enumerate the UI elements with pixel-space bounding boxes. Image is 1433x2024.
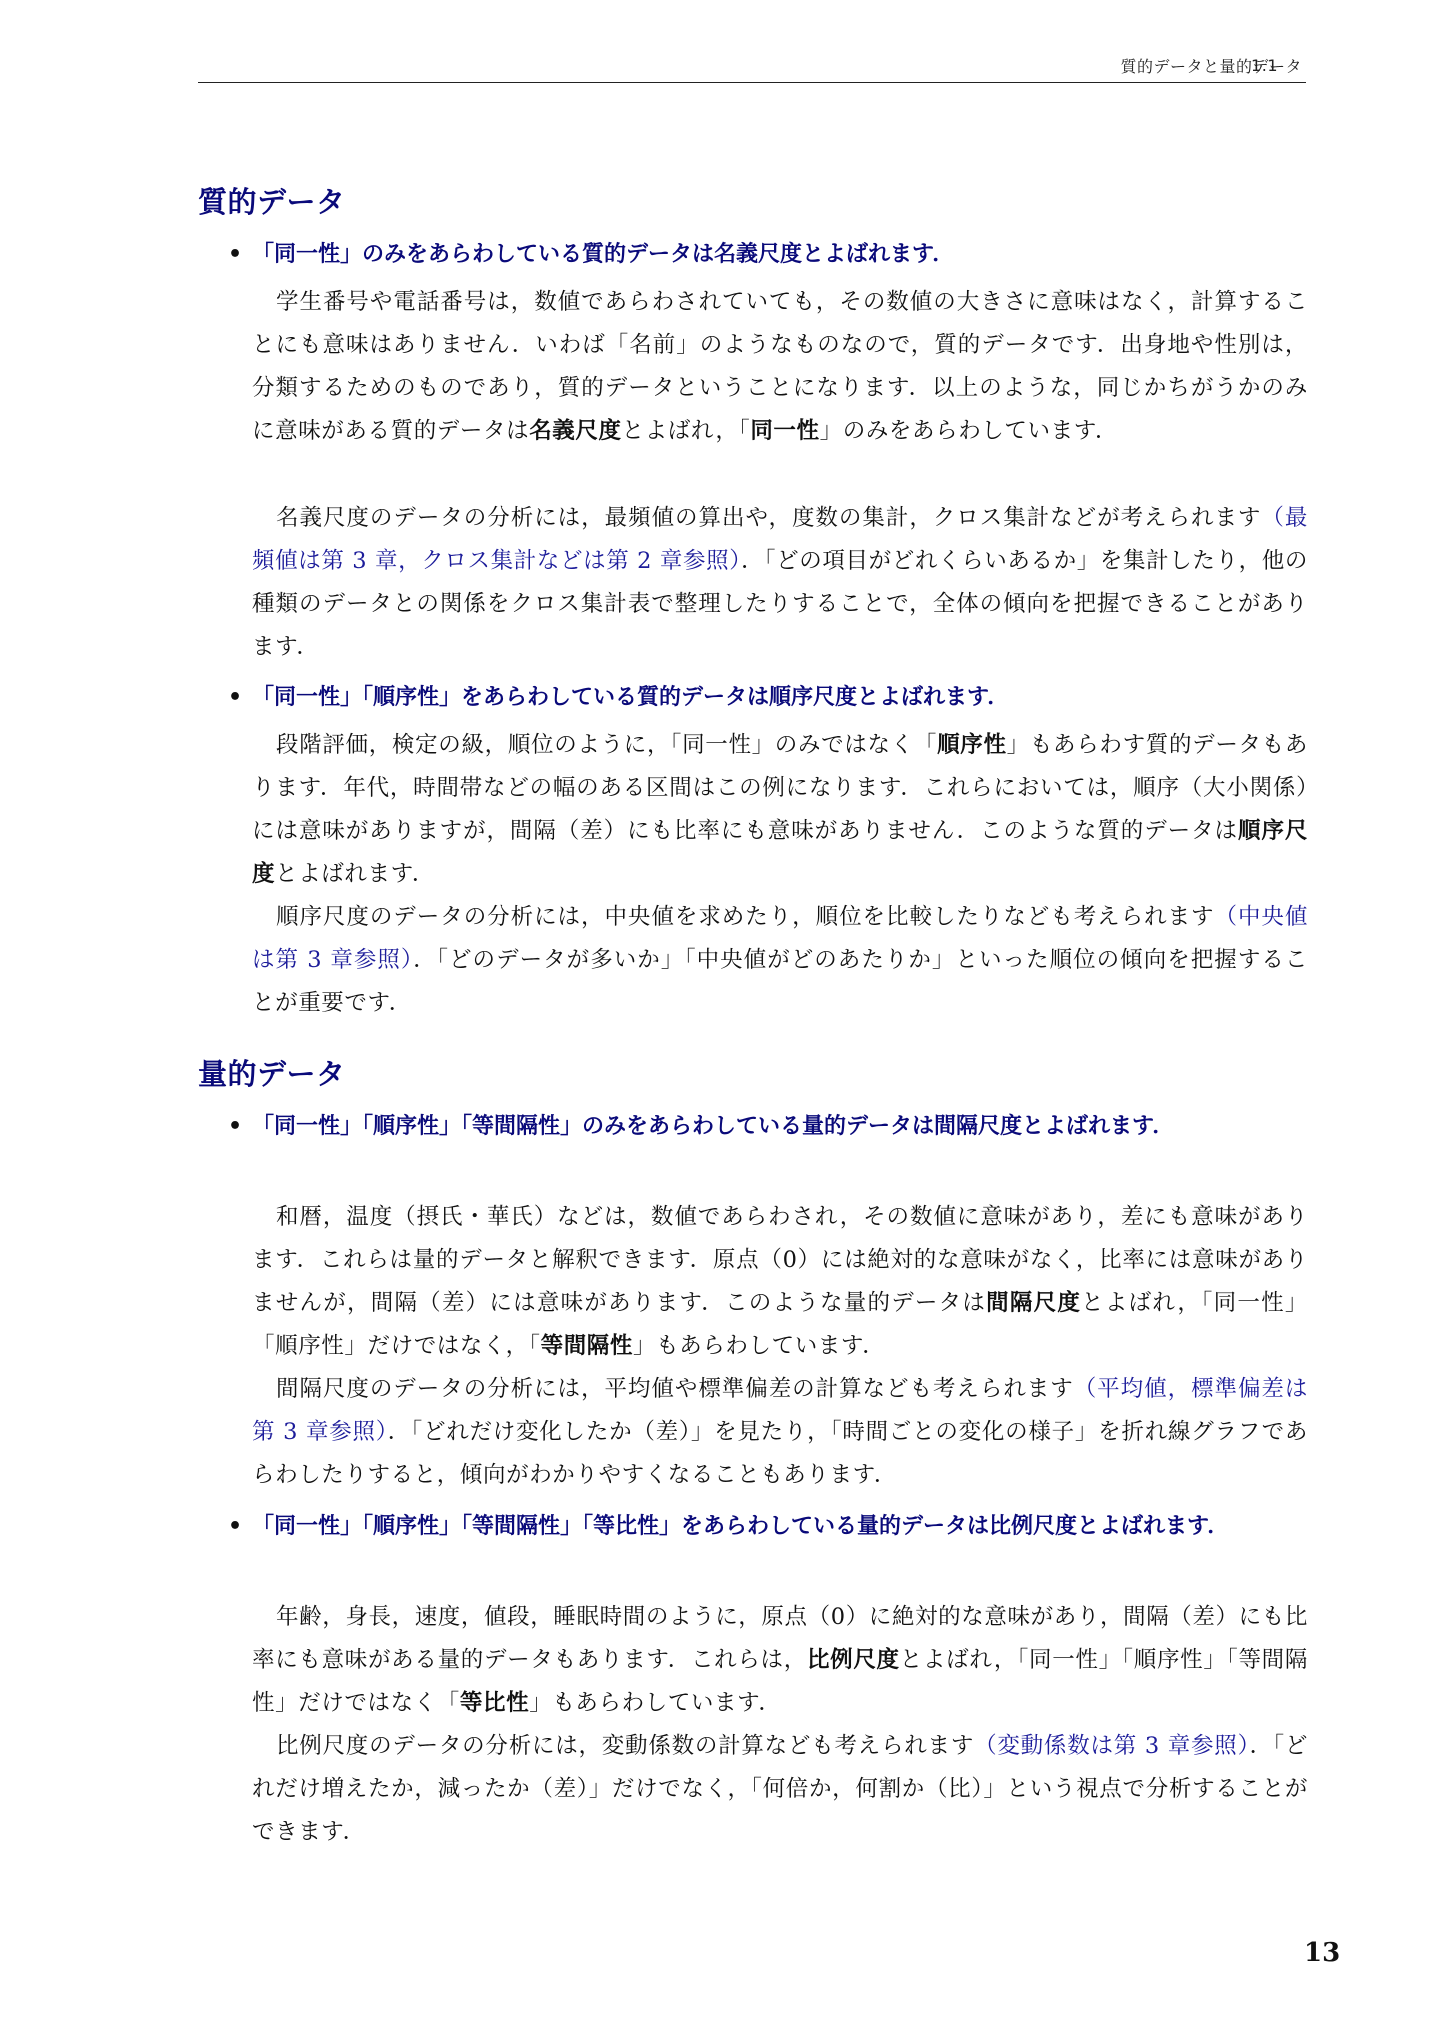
paragraph-interval-1: 和暦，温度（摂氏・華氏）などは，数値であらわされ，その数値に意味があり，差にも意… xyxy=(252,1196,1308,1368)
text: 間隔尺度のデータの分析には，平均値や標準偏差の計算なども考えられます xyxy=(276,1376,1074,1402)
bold-term: 順序性 xyxy=(937,732,1007,758)
bullet-dot-icon: • xyxy=(228,1505,242,1548)
text: とよばれ，「 xyxy=(622,418,751,444)
header-section-number: 1.1 xyxy=(1251,56,1278,75)
bullet-heading: 「同一性」「順序性」「等間隔性」「等比性」をあらわしている量的データは比例尺度と… xyxy=(228,1505,1308,1548)
text: 段階評価，検定の級，順位のように，「同一性」のみではなく「 xyxy=(276,732,937,758)
text: 」もあらわしています． xyxy=(529,1690,781,1716)
section-title-quantitative: 量的データ xyxy=(198,1052,346,1093)
text: 」もあらわしています． xyxy=(633,1333,885,1359)
text: 」のみをあらわしています． xyxy=(820,418,1119,444)
running-header: 1.1質的データと量的データ xyxy=(198,52,1306,83)
paragraph-nominal-2: 名義尺度のデータの分析には，最頻値の算出や，度数の集計，クロス集計などが考えられ… xyxy=(252,497,1308,669)
bullet-dot-icon: • xyxy=(228,233,242,276)
bold-term: 同一性 xyxy=(750,418,819,444)
chapter-reference: （変動係数は第 3 章参照） xyxy=(974,1733,1249,1759)
paragraph-interval-2: 間隔尺度のデータの分析には，平均値や標準偏差の計算なども考えられます（平均値，標… xyxy=(252,1368,1308,1497)
bold-term: 等間隔性 xyxy=(541,1333,633,1359)
paragraph-ordinal-1: 段階評価，検定の級，順位のように，「同一性」のみではなく「順序性」もあらわす質的… xyxy=(252,724,1308,896)
bullet-dot-icon: • xyxy=(228,676,242,719)
running-header-text: 1.1質的データと量的データ xyxy=(1120,54,1302,77)
bullet-ratio-scale: • 「同一性」「順序性」「等間隔性」「等比性」をあらわしている量的データは比例尺… xyxy=(228,1505,1308,1548)
paragraph-nominal-1: 学生番号や電話番号は，数値であらわされていても，その数値の大きさに意味はなく，計… xyxy=(252,281,1308,453)
bullet-heading: 「同一性」「順序性」をあらわしている質的データは順序尺度とよばれます． xyxy=(228,676,1308,719)
paragraph-ratio-2: 比例尺度のデータの分析には，変動係数の計算なども考えられます（変動係数は第 3 … xyxy=(252,1725,1308,1854)
bullet-ordinal-scale: • 「同一性」「順序性」をあらわしている質的データは順序尺度とよばれます． xyxy=(228,676,1308,719)
bullet-heading: 「同一性」のみをあらわしている質的データは名義尺度とよばれます． xyxy=(228,233,1308,276)
page-number: 13 xyxy=(1304,1938,1340,1968)
bullet-dot-icon: • xyxy=(228,1105,242,1148)
paragraph-ordinal-2: 順序尺度のデータの分析には，中央値を求めたり，順位を比較したりなども考えられます… xyxy=(252,896,1308,1025)
section-title-qualitative: 質的データ xyxy=(198,180,346,221)
text: とよばれます． xyxy=(275,861,435,887)
text: 名義尺度のデータの分析には，最頻値の算出や，度数の集計，クロス集計などが考えられ… xyxy=(276,505,1261,531)
bullet-interval-scale: • 「同一性」「順序性」「等間隔性」のみをあらわしている量的データは間隔尺度とよ… xyxy=(228,1105,1308,1148)
bold-term: 名義尺度 xyxy=(529,418,621,444)
bold-term: 等比性 xyxy=(460,1690,529,1716)
text: ．「どれだけ変化したか（差）」を見たり，「時間ごとの変化の様子」を折れ線グラフで… xyxy=(252,1419,1308,1488)
bullet-heading: 「同一性」「順序性」「等間隔性」のみをあらわしている量的データは間隔尺度とよばれ… xyxy=(228,1105,1308,1148)
bullet-nominal-scale: • 「同一性」のみをあらわしている質的データは名義尺度とよばれます． xyxy=(228,233,1308,276)
bold-term: 間隔尺度 xyxy=(986,1290,1081,1316)
text: 比例尺度のデータの分析には，変動係数の計算なども考えられます xyxy=(276,1733,974,1759)
text: 順序尺度のデータの分析には，中央値を求めたり，順位を比較したりなども考えられます xyxy=(276,904,1215,930)
paragraph-ratio-1: 年齢，身長，速度，値段，睡眠時間のように，原点（0）に絶対的な意味があり，間隔（… xyxy=(252,1596,1308,1725)
bold-term: 比例尺度 xyxy=(807,1647,900,1673)
